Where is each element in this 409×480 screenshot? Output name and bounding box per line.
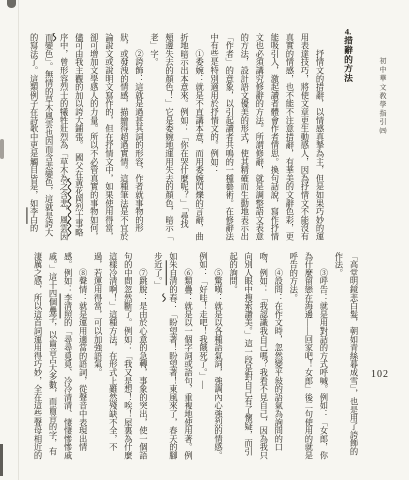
text-run: 感。例如： bbox=[63, 252, 72, 294]
text-run: 起的詢問。 bbox=[229, 252, 238, 294]
text-run: 論說文或說明文寫作的，但在抒情文中，如果使用得當， bbox=[104, 33, 113, 241]
proper-name-marked-text: 朱自清 bbox=[168, 260, 177, 285]
text-column: 淒厲之感，所以這首詞運用得巧妙，全在這些聲母相近的 bbox=[30, 252, 45, 471]
proper-name-marked-text: 李清照 bbox=[63, 294, 72, 319]
text-run: 儘可由我主觀的加以誇大鋪張。 國父在 bbox=[74, 33, 83, 178]
text-column: 向別人眼中搜索讚美。」這一段是對自己有了懷疑，而引 bbox=[241, 252, 256, 471]
text-column: 用表達技巧，將使文章更生動感人，因為抒情文不能沒有 bbox=[297, 33, 312, 246]
text-run: 老」字。 bbox=[149, 33, 158, 66]
text-column: 真實的情感，也不能不注意措辭，有華美的文辭色彩，更 bbox=[282, 33, 297, 246]
text-run: 向別人眼中搜索讚美。」這一段是對自己有了懷疑，而引 bbox=[244, 252, 253, 455]
text-run: 的寫法了。這類例子在詩歌中更是觸目皆是，如 bbox=[29, 33, 38, 207]
text-column: ④設問：在作文時，忽然變平敍的語氣為詢問的口 bbox=[271, 252, 286, 471]
proper-name-marked-text: 李白 bbox=[29, 207, 38, 224]
book-title-marked-text: 黃花岡烈士事略 bbox=[74, 178, 83, 236]
text-run: ①委婉：就是不直講本意，而用委婉閃爍的言辭，曲 bbox=[195, 33, 204, 241]
text-run: 狀，或發洩的情感，描繪得超過實情。這種筆法是不宜於 bbox=[119, 33, 128, 241]
text-column: 文也必須講究修辭的方法。所謂修辭，就是調整語文表意 bbox=[252, 33, 267, 246]
text-run: 過，若運用得當，可以加強語氣。 bbox=[93, 252, 102, 377]
text-run: 為什麼留戀在海邊——回家吧！女郎」後二句使用的就是 bbox=[304, 252, 313, 460]
running-head: 初中華文敎學指引㈣ bbox=[376, 57, 389, 135]
text-run: 「作者」的意象，以引起讀者共鳴的一種藝術。在修辭法 bbox=[225, 33, 234, 241]
text-column: 老」字。 bbox=[146, 33, 161, 246]
text-run: ③呼告：就是用對話的方式呼喊。例如：「女郎，你 bbox=[319, 252, 328, 460]
text-column: 吻，例如：「我認識我自己嗎？我看不見自己，因為我只 bbox=[256, 252, 271, 471]
text-run: 真實的情感，也不能不注意措辭，有華美的文辭色彩，更 bbox=[285, 33, 294, 241]
section-number: 4. bbox=[343, 27, 353, 36]
text-run: ：「盼望著！盼望著！東風來了，春天的腳 bbox=[168, 302, 177, 460]
text-column: 的寫法了。這類例子在詩歌中更是觸目皆是，如李白的 bbox=[26, 33, 41, 246]
page-number: 102 bbox=[371, 369, 389, 380]
text-run: ④設問：在作文時，忽然變平敍的語氣為詢問的口 bbox=[274, 252, 283, 451]
page-edge-line bbox=[18, 0, 19, 480]
text-column: ⑥類疊：就是以一個字詞或語句，重複地使用著。例 bbox=[180, 252, 195, 471]
text-run: 戚。」這十四個疊字，以齒音占大多數，而齒音的字，有 bbox=[48, 252, 57, 455]
text-run: 能吸引人，激起讀者體會作者情思。換句話說，寫作抒情 bbox=[270, 33, 279, 241]
text-run: 頰邊失去的顏色！」它是委婉地運用失去的顏色，暗示「 bbox=[165, 33, 174, 241]
text-column: 句的中間忽然斷了。例如：「我又是想！唉！屋裏為什麼 bbox=[120, 252, 135, 471]
text-run: 吻，例如：「我認識我自己嗎？我看不見自己，因為我只 bbox=[259, 252, 268, 460]
text-run: 「高堂明鏡悲白髮，朝如青絲暮成雪」，也是用了誇飾的 bbox=[349, 252, 358, 455]
text-column: 為什麼留戀在海邊——回家吧！女郎」後二句使用的就是 bbox=[301, 252, 316, 471]
text-run: 淒厲之感，所以這首詞運用得巧妙，全在這些聲母相近的 bbox=[33, 252, 42, 460]
text-column: 如朱自清的春：「盼望著！盼望著！東風來了，春天的腳 bbox=[165, 252, 180, 471]
text-run: ⑧聲情：就是運用適當的語詞，從聲音中表現出情 bbox=[78, 252, 87, 451]
text-column: 折地暗示出本意來。例如：「你在哭什麼呢？」「尋找 bbox=[177, 33, 192, 246]
text-run: 步近了。」 bbox=[153, 252, 162, 289]
text-column: ⑤驚嘆：就是以各種語氣詞，強調內心強烈的情感。 bbox=[211, 252, 226, 471]
text-register-top: 抒情文的措辭，以情感真摯為主，但是如果巧妙的運用表達技巧，將使文章更生動感人，因… bbox=[25, 33, 327, 246]
text-run: 而變色」。無情的草木風雲也因而含悲變色，這就是誇大 bbox=[44, 33, 53, 236]
text-run: 句的中間忽然斷了。例如：「我又是想！唉！屋裏為什麼 bbox=[123, 252, 132, 460]
text-column: 頰邊失去的顏色！」它是委婉地運用失去的顏色，暗示「 bbox=[161, 33, 176, 246]
text-column: 呼告的方法。 bbox=[286, 252, 301, 471]
text-column: ③呼告：就是用對話的方式呼喊。例如：「女郎，你 bbox=[316, 252, 331, 471]
text-run: 的 bbox=[29, 224, 38, 232]
scan-artifact-bar bbox=[0, 444, 3, 476]
text-column: 卻可增加文學感人的力量。所以不必管真實的事物如何， bbox=[86, 33, 101, 246]
text-column: 這樣冷清啊！」這種方法，在形式上雖然殘缺不全，不 bbox=[105, 252, 120, 471]
text-run: 作法。 bbox=[334, 252, 343, 277]
text-column: ①委婉：就是不直講本意，而用委婉閃爍的言辭，曲 bbox=[192, 33, 207, 246]
text-column: 的方法，設計語文優美的形式，使其精確而生動地表示出 bbox=[237, 33, 252, 246]
text-column: 過，若運用得當，可以加強語氣。 bbox=[90, 252, 105, 471]
text-run: 的「尋尋覓覓、冷冷清清、悽悽慘慘戚 bbox=[63, 318, 72, 459]
text-run: 呼告的方法。 bbox=[289, 252, 298, 302]
text-column: 例如：「好哇！走吧！我餓死了。」— bbox=[195, 252, 210, 471]
text-column: 起的詢問。 bbox=[226, 252, 241, 471]
text-column: 「作者」的意象，以引起讀者共鳴的一種藝術。在修辭法 bbox=[222, 33, 237, 246]
text-column: 感。例如：李清照的「尋尋覓覓、冷冷清清、悽悽慘慘戚 bbox=[60, 252, 75, 471]
text-column: 能吸引人，激起讀者體會作者情思。換句話說，寫作抒情 bbox=[267, 33, 282, 246]
scan-artifact-smudge bbox=[0, 139, 4, 159]
text-column: ⑧聲情：就是運用適當的語詞，從聲音中表現出情 bbox=[75, 252, 90, 471]
text-run: 用表達技巧，將使文章更生動感人，因為抒情文不能沒有 bbox=[300, 33, 309, 241]
text-run: ⑦跳脫：是由於心意的急轉，事象的突出，使一個語 bbox=[138, 252, 147, 460]
text-run: ⑤驚嘆：就是以各種語氣詞，強調內心強烈的情感。 bbox=[214, 252, 223, 460]
text-register-bottom: 「高堂明鏡悲白髮，朝如青絲暮成雪」，也是用了誇飾的作法。 ③呼告：就是用對話的方… bbox=[28, 252, 361, 471]
text-run: 的方法，設計語文優美的形式，使其精確而生動地表示出 bbox=[240, 33, 249, 241]
text-run: ⑥類疊：就是以一個字詞或語句，重複地使用著。例 bbox=[183, 252, 192, 460]
text-run: 例如：「好哇！走吧！我餓死了。」— bbox=[199, 252, 208, 389]
text-column: 序中，曾形容烈士的犧牲壯烈為「草木為之含悲，風雲因 bbox=[56, 33, 71, 246]
text-column: 步近了。」 bbox=[150, 252, 165, 471]
text-column: ⑦跳脫：是由於心意的急轉，事象的突出，使一個語 bbox=[135, 252, 150, 471]
text-run: 這樣冷清啊！」這種方法，在形式上雖然殘缺不全，不 bbox=[108, 252, 117, 451]
text-run: 中，曾形容烈士的犧牲壯烈為「草木為之含悲，風雲因 bbox=[59, 41, 68, 240]
text-column: ②誇飾：這就是過甚其詞的形容，作者就事物的形 bbox=[131, 33, 146, 246]
book-title-marked-text: 春 bbox=[168, 294, 177, 302]
text-run: ②誇飾：這就是過甚其詞的形容，作者就事物的形 bbox=[134, 33, 143, 232]
section-title-text: 措辭的方法 bbox=[343, 36, 353, 83]
text-run: 抒情文的措辭，以情感真摯為主，但是如果巧妙的運 bbox=[315, 33, 324, 241]
text-column: 狀，或發洩的情感，描繪得超過實情。這種筆法是不宜於 bbox=[116, 33, 131, 246]
text-column: 作法。 bbox=[331, 252, 346, 471]
text-column: 中有些是特別適用於抒情文的。例如： bbox=[207, 33, 222, 246]
section-title: 4.措辭的方法 bbox=[339, 27, 356, 83]
text-column: 儘可由我主觀的加以誇大鋪張。 國父在黃花岡烈士事略 bbox=[71, 33, 86, 246]
text-run: 文也必須講究修辭的方法。所謂修辭，就是調整語文表意 bbox=[255, 33, 264, 241]
text-run: 卻可增加文學感人的力量。所以不必管真實的事物如何， bbox=[89, 33, 98, 241]
text-run: 折地暗示出本意來。例如：「你在哭什麼呢？」「尋找 bbox=[180, 33, 189, 228]
text-column: 「高堂明鏡悲白髮，朝如青絲暮成雪」，也是用了誇飾的 bbox=[346, 252, 361, 471]
text-run: 的 bbox=[168, 285, 177, 293]
text-column: 戚。」這十四個疊字，以齒音占大多數，而齒音的字，有 bbox=[45, 252, 60, 471]
scanned-book-page: 初中華文敎學指引㈣ 4.措辭的方法 抒情文的措辭，以情感真摯為主，但是如果巧妙的… bbox=[0, 0, 409, 480]
scan-artifact-corner bbox=[7, 0, 16, 8]
text-column: 抒情文的措辭，以情感真摯為主，但是如果巧妙的運 bbox=[312, 33, 327, 246]
text-run: 中有些是特別適用於抒情文的。例如： bbox=[210, 33, 219, 174]
text-column: 論說文或說明文寫作的，但在抒情文中，如果使用得當， bbox=[101, 33, 116, 246]
text-column: 而變色」。無情的草木風雲也因而含悲變色，這就是誇大 bbox=[41, 33, 56, 246]
